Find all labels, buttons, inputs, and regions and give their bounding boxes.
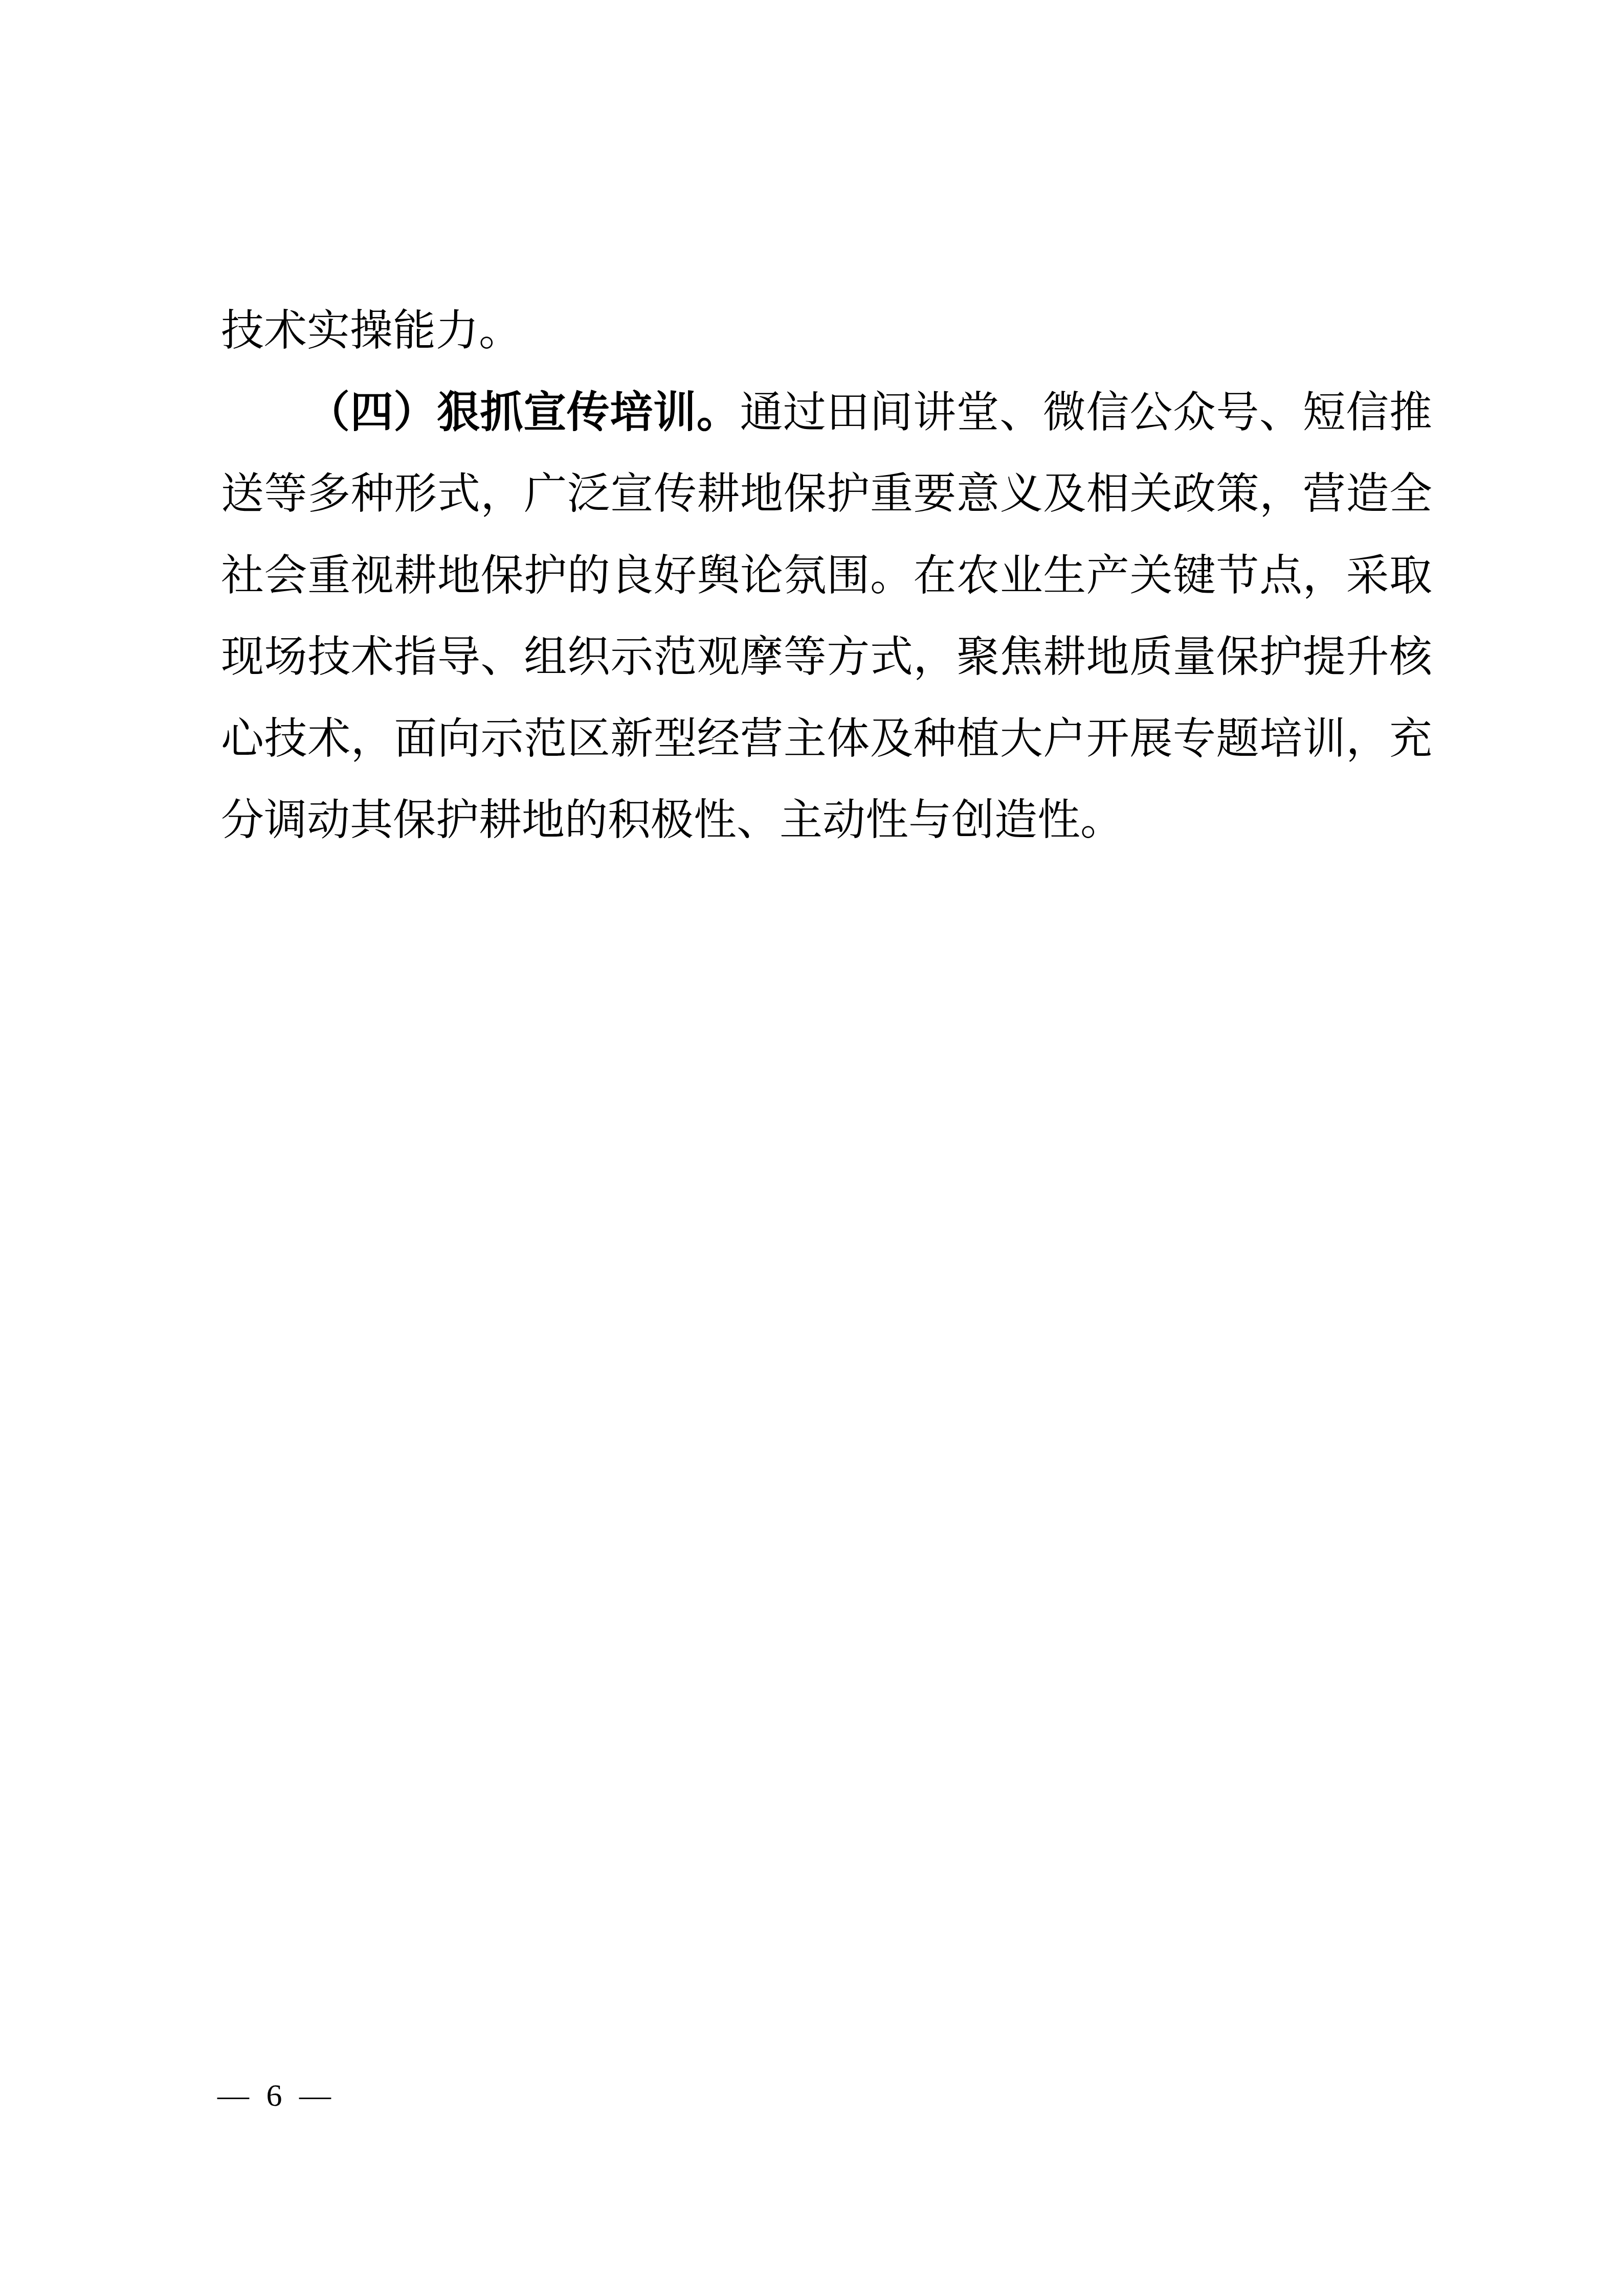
section-body-text: 通过田间讲堂、微信公众号、短信推送等多种形式，广泛宣传耕地保护重要意义及相关政策… xyxy=(221,389,1432,845)
document-page: 技术实操能力。 （四）狠抓宣传培训。通过田间讲堂、微信公众号、短信推送等多种形式… xyxy=(0,0,1624,2296)
page-number: — 6 — xyxy=(217,2080,336,2111)
body-text: 技术实操能力。 （四）狠抓宣传培训。通过田间讲堂、微信公众号、短信推送等多种形式… xyxy=(221,290,1432,862)
paragraph-continuation: 技术实操能力。 xyxy=(221,290,1432,372)
section-heading: （四）狠抓宣传培训。 xyxy=(307,389,740,437)
paragraph-section-four: （四）狠抓宣传培训。通过田间讲堂、微信公众号、短信推送等多种形式，广泛宣传耕地保… xyxy=(221,372,1432,862)
